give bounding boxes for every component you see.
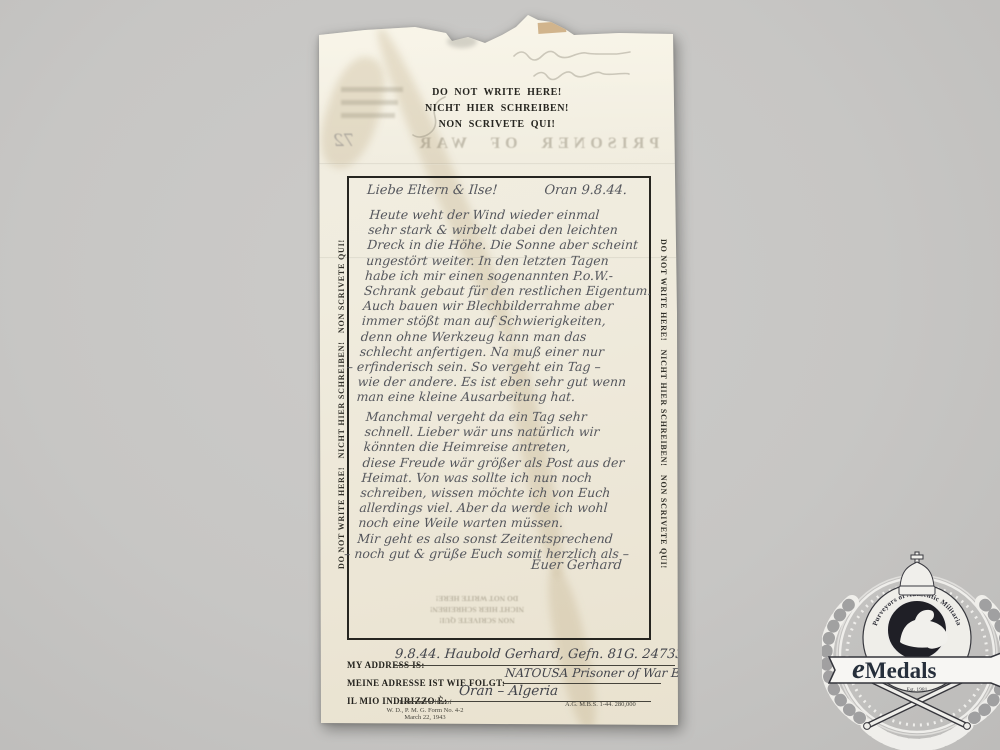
- letter-paragraph-2: Manchmal vergeht da ein Tag sehr schnell…: [356, 409, 639, 561]
- tear-shadow: [447, 35, 477, 48]
- letter-heading: Liebe Eltern & Ilse! Oran 9.8.44.: [366, 183, 627, 198]
- dateline: Oran 9.8.44.: [544, 183, 628, 198]
- margin-warning: NON SCRIVETE QUI!: [654, 475, 668, 569]
- header-warnings: DO NOT WRITE HERE! NICHT HIER SCHREIBEN!…: [319, 85, 675, 133]
- form-print-code: A.G. M.B.S. 1-44. 280,000: [565, 701, 636, 708]
- paper: PRISONER OF WAR 72 NON SCRIVETE QUI! NIC…: [319, 13, 678, 727]
- header-warning-de: NICHT HIER SCHREIBEN!: [319, 101, 675, 117]
- margin-warning: NICHT HIER SCHREIBEN!: [654, 350, 668, 467]
- salutation: Liebe Eltern & Ilse!: [366, 183, 498, 198]
- emedals-watermark: Purveyors of Authentic Militaria eMedals: [822, 550, 1000, 750]
- margin-warnings-right: DO NOT WRITE HERE! NICHT HIER SCHREIBEN!…: [654, 239, 668, 569]
- letter-paragraph-1: Heute weht der Wind wieder einmal sehr s…: [356, 207, 657, 405]
- header-warning-en: DO NOT WRITE HERE!: [319, 85, 675, 101]
- showthrough-number: 72: [333, 131, 355, 151]
- photo-stage: PRISONER OF WAR 72 NON SCRIVETE QUI! NIC…: [0, 0, 1000, 750]
- form-fine-print: To be used in lieu of W. D., P. M. G. Fo…: [359, 699, 491, 722]
- address-value: 9.8.44. Haubold Gerhard, Gefn. 81G. 2473…: [394, 647, 718, 662]
- header-warning-it: NON SCRIVETE QUI!: [319, 117, 675, 133]
- tape-remnant: [538, 21, 567, 34]
- pow-letter-sheet: PRISONER OF WAR 72 NON SCRIVETE QUI! NIC…: [319, 13, 678, 727]
- watermark-brand: eMedals: [852, 653, 936, 685]
- fold-crease-upper: [319, 163, 678, 165]
- signature: Euer Gerhard: [530, 558, 622, 573]
- margin-warning: DO NOT WRITE HERE!: [654, 239, 668, 341]
- address-value: NATOUSA Prisoner of War E 131: [505, 666, 708, 680]
- crown-icon: [899, 552, 935, 595]
- showthrough-handwriting-squiggle: [504, 38, 659, 88]
- address-value: Oran – Algeria: [458, 683, 558, 699]
- watermark-established: Est. 1981: [907, 687, 928, 693]
